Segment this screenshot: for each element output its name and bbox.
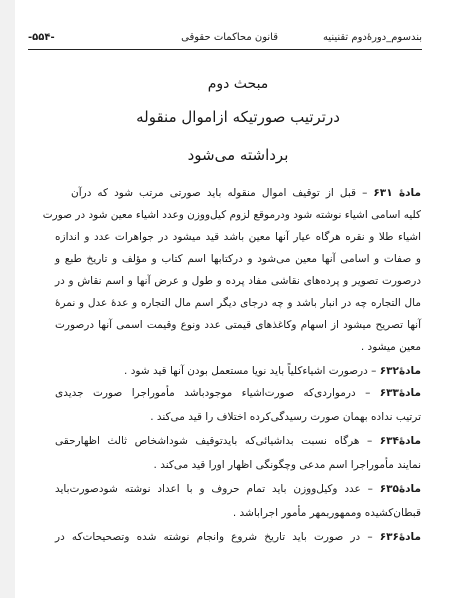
running-header: بندسوم_دورۀدوم تقنینیه قانون محاکمات حقو… <box>28 27 422 49</box>
scan-margin-strip <box>0 0 15 598</box>
article-631-line-1: مادۀ ۶۳۱ – قبل از توقیف اموال منقوله بای… <box>71 186 421 200</box>
article-631-line-7: آنها تصریح میشود از اسهام وکاغذهای قیمتی… <box>55 318 421 332</box>
header-session-label: بندسوم_دورۀدوم تقنینیه <box>323 32 422 43</box>
article-label: مادۀ۶۳۶ <box>380 531 421 543</box>
header-divider <box>28 49 422 50</box>
article-label: مادۀ ۶۳۱ <box>373 187 421 199</box>
article-632-line-1: مادۀ۶۳۲ – درصورت اشیاءکلیاً باید نویا مس… <box>71 364 421 378</box>
document-page: بندسوم_دورۀدوم تقنینیه قانون محاکمات حقو… <box>15 0 461 598</box>
article-label: مادۀ۶۳۲ <box>380 365 421 377</box>
article-634-line-2: نمایند مأموراجرا اسم مدعی وچگونگی اظهار … <box>71 458 421 472</box>
section-subtitle-2: برداشته می‌شود <box>15 146 461 164</box>
article-631-line-2: کلیه اسامی اشیاء نوشته شود ودرموقع لزوم … <box>55 208 421 222</box>
page-number: -۵۵۴- <box>28 32 55 43</box>
article-633-line-2: ترتیب نداده بهمان صورت رسیدگی‌کرده اختلا… <box>71 410 421 424</box>
article-631-line-3: اشیاء طلا و نقره هرگاه عیار آنها معین با… <box>55 230 421 244</box>
article-633-line-1: مادۀ۶۳۳ – درمواردی‌که صورت‌اشیاء موجودبا… <box>55 386 421 400</box>
article-631-line-4: و صفات و اسامی آنها معین می‌شود و درکتاب… <box>55 252 421 266</box>
header-law-title: قانون محاکمات حقوقی <box>181 32 278 43</box>
article-636-line-1: مادۀ۶۳۶ – در صورت باید تاریخ شروع وانجام… <box>55 530 421 544</box>
article-635-line-1: مادۀ۶۳۵ – عدد وکیل‌ووزن باید تمام حروف و… <box>55 482 421 496</box>
section-heading: مبحث دوم <box>15 76 461 92</box>
article-631-line-8: معین میشود . <box>55 340 421 354</box>
article-label: مادۀ۶۳۴ <box>380 435 421 447</box>
article-631-line-6: مال التجاره چه در انبار باشد و چه درجای … <box>55 296 421 310</box>
article-label: مادۀ۶۳۳ <box>380 387 421 399</box>
article-634-line-1: مادۀ۶۳۴ – هرگاه نسبت بداشیائی‌که بایدتوق… <box>55 434 421 448</box>
section-subtitle-1: درترتیب صورتیکه ازاموال منقوله <box>15 108 461 126</box>
article-631-line-5: درصورت تصویر و پرده‌های نقاشی مفاد پرده … <box>55 274 421 288</box>
article-label: مادۀ۶۳۵ <box>380 483 421 495</box>
article-635-line-2: قبطان‌کشیده وممهوربمهر مأمور اجراباشد . <box>71 506 421 520</box>
